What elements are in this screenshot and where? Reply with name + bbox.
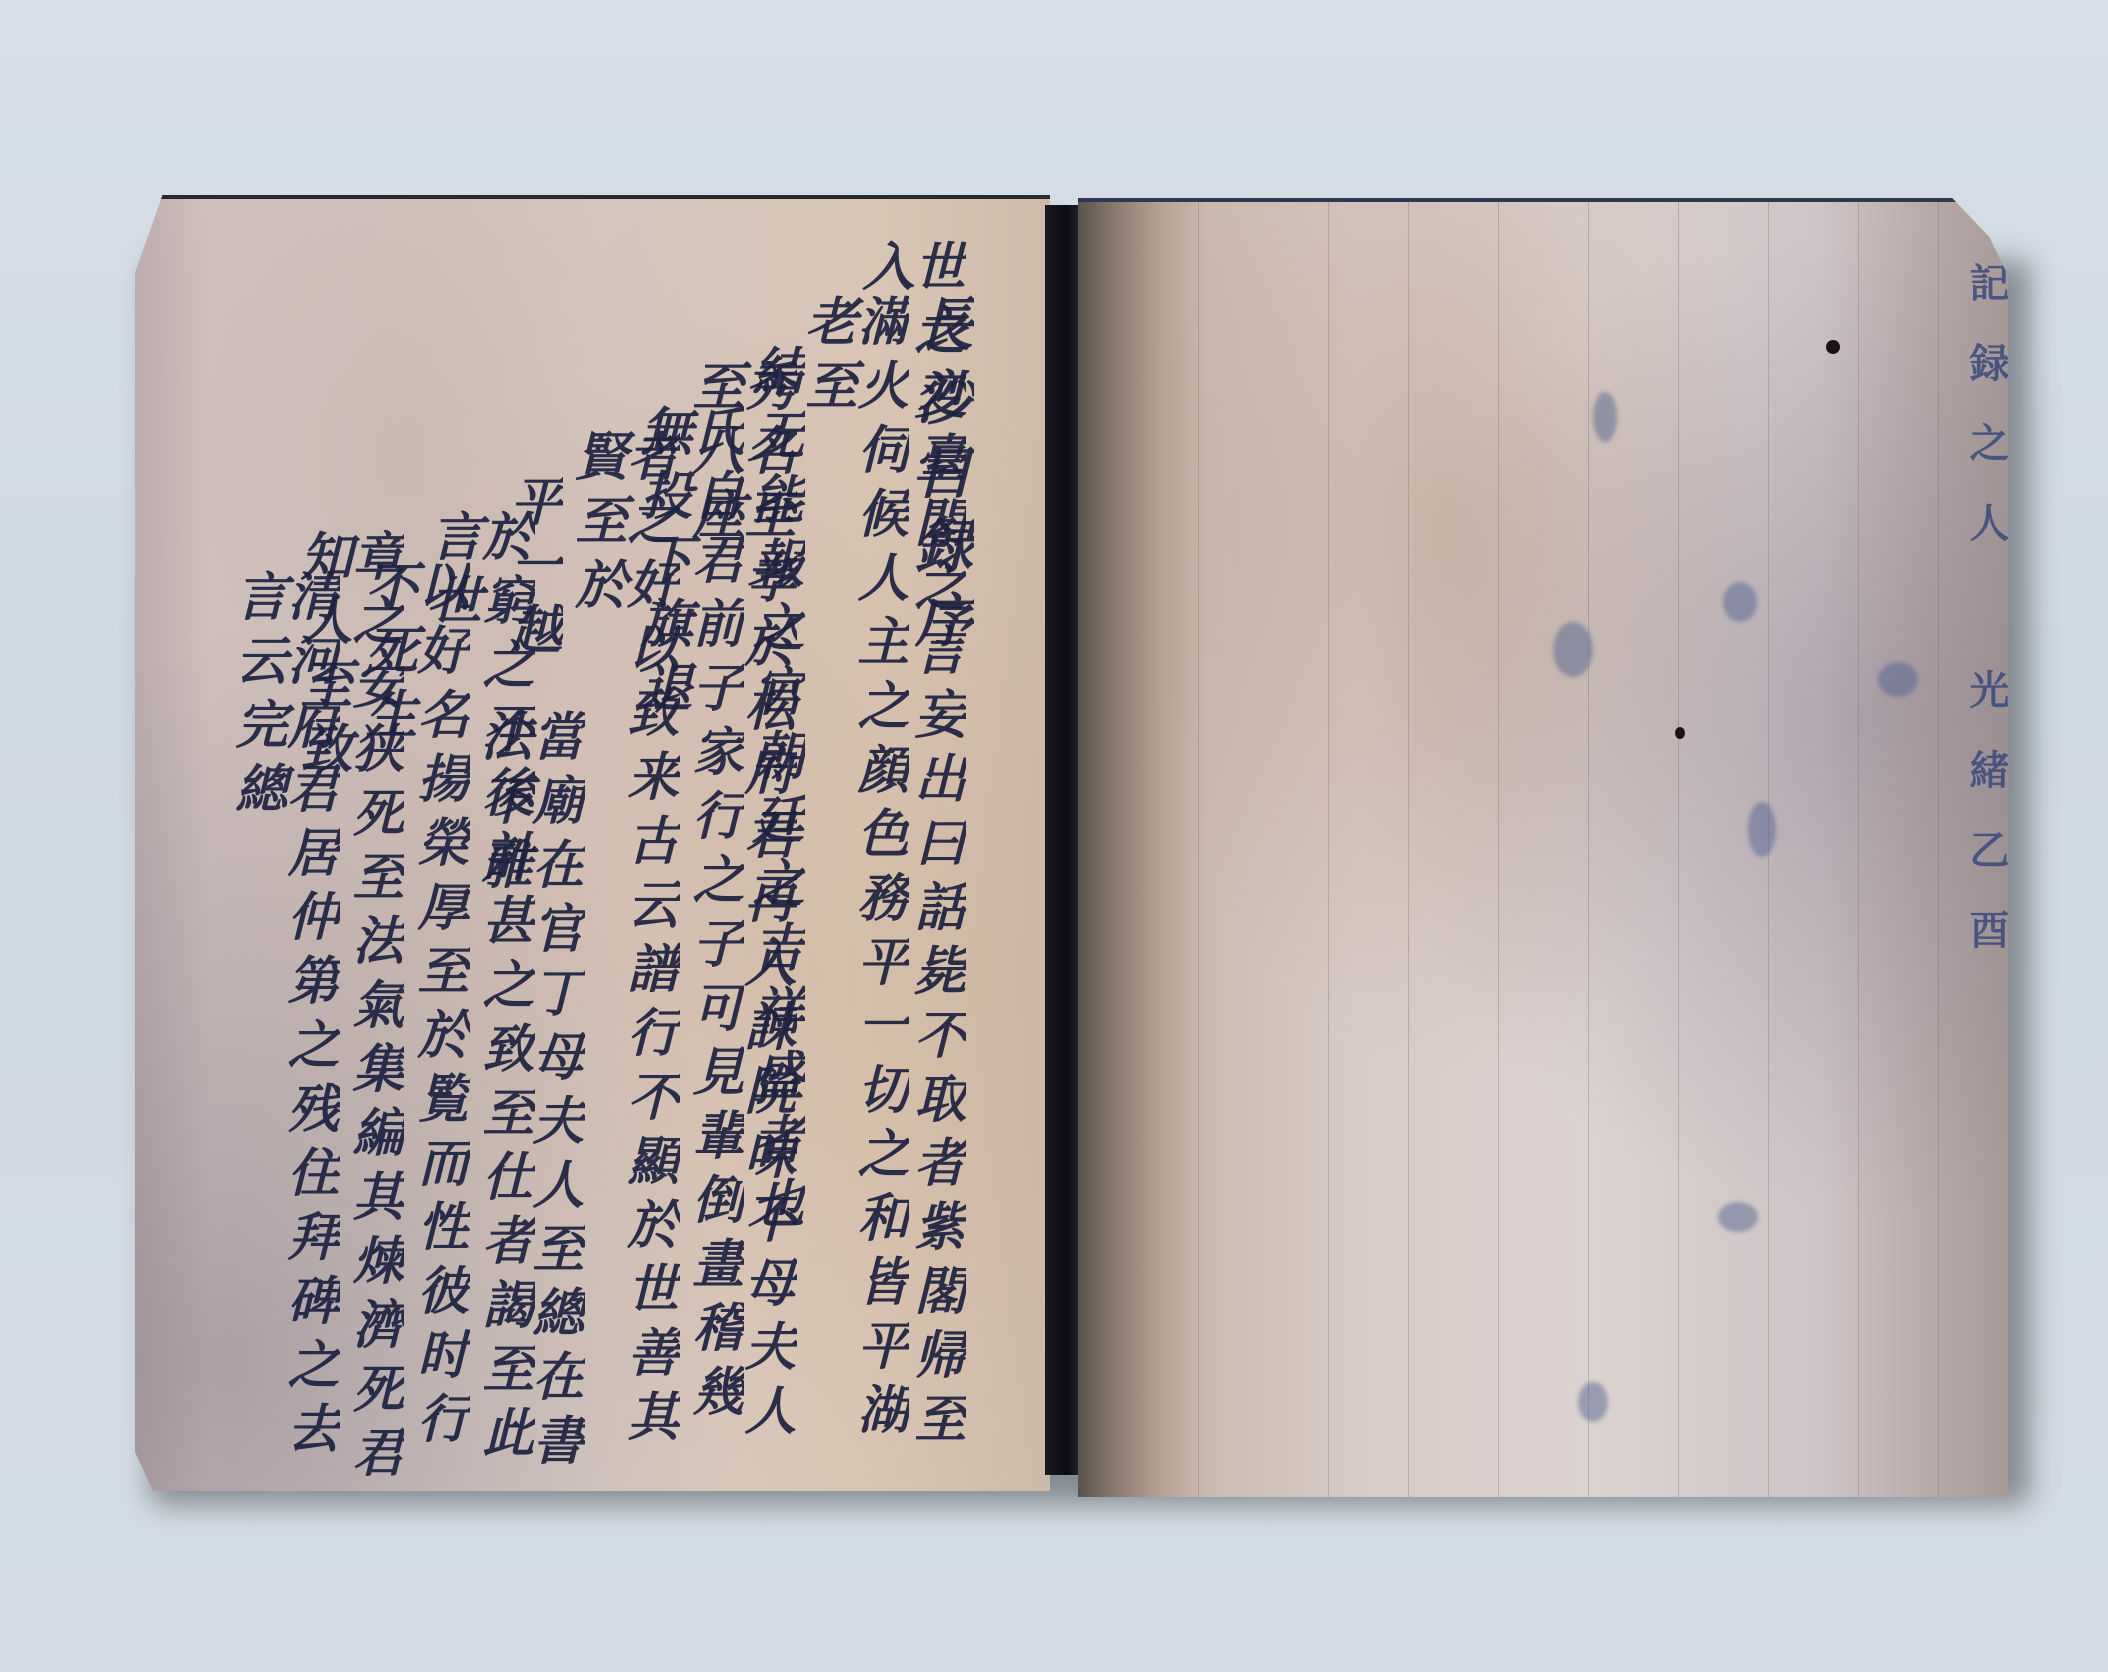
text-column: 滿火伺候人主之顔色務平一切之和皆平湖老至 [800, 294, 904, 1491]
ink-bleed [1593, 392, 1617, 442]
edge-annotation: 記録之人 光緒乙酉 [1958, 262, 2015, 989]
book-spine [1045, 205, 1081, 1475]
ink-bleed [1723, 582, 1757, 622]
text-column: 者之好以致来古云譜行不顯於世善其賢至於 [570, 429, 674, 1491]
ink-bleed [1718, 1202, 1758, 1232]
left-page: 長沙日録序 世之変臺閣之言妄出曰話毙不取者紫閣帰至入 滿火伺候人主之顔色務平一切… [135, 195, 1050, 1491]
ink-bleed [1748, 802, 1776, 857]
ink-bleed [1878, 662, 1918, 697]
text-column: 清河府君居仲第之残住拜碑之去言云完總 [230, 569, 334, 1491]
manuscript-photo: 長沙日録序 世之変臺閣之言妄出曰話毙不取者紫閣帰至入 滿火伺候人主之顔色務平一切… [0, 0, 2108, 1672]
right-page: 記録之人 光緒乙酉 [1078, 198, 2008, 1497]
worm-hole [1675, 727, 1685, 739]
worm-hole [1826, 340, 1840, 354]
ink-bleed [1578, 1382, 1608, 1422]
ink-bleed [1553, 622, 1593, 677]
